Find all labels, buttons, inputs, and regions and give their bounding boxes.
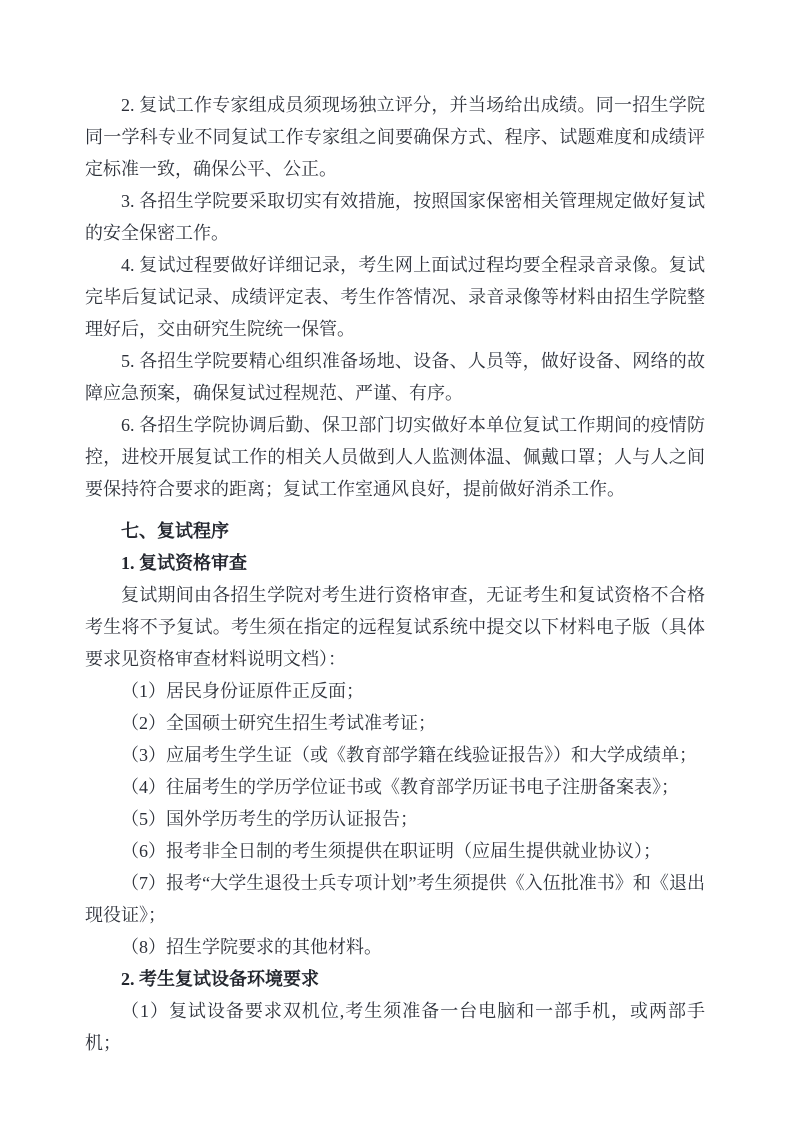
- sub-heading: 2. 考生复试设备环境要求: [85, 963, 705, 995]
- list-item: （4）往届考生的学历学位证书或《教育部学历证书电子注册备案表》；: [85, 771, 705, 803]
- sub-heading: 1. 复试资格审查: [85, 547, 705, 579]
- paragraph: 3. 各招生学院要采取切实有效措施，按照国家保密相关管理规定做好复试的安全保密工…: [85, 185, 705, 249]
- section-heading: 七、复试程序: [85, 515, 705, 547]
- paragraph: 6. 各招生学院协调后勤、保卫部门切实做好本单位复试工作期间的疫情防控，进校开展…: [85, 409, 705, 505]
- list-item: （1）复试设备要求双机位,考生须准备一台电脑和一部手机，或两部手机；: [85, 995, 705, 1059]
- list-item: （1）居民身份证原件正反面；: [85, 675, 705, 707]
- document-page: 2. 复试工作专家组成员须现场独立评分，并当场给出成绩。同一招生学院同一学科专业…: [0, 0, 793, 1122]
- list-item: （2）全国硕士研究生招生考试准考证；: [85, 707, 705, 739]
- paragraph: 5. 各招生学院要精心组织准备场地、设备、人员等，做好设备、网络的故障应急预案，…: [85, 345, 705, 409]
- list-item: （6）报考非全日制的考生须提供在职证明（应届生提供就业协议）；: [85, 835, 705, 867]
- list-item: （7）报考“大学生退役士兵专项计划”考生须提供《入伍批准书》和《退出现役证》；: [85, 867, 705, 931]
- list-item: （3）应届考生学生证（或《教育部学籍在线验证报告》）和大学成绩单；: [85, 739, 705, 771]
- paragraph: 4. 复试过程要做好详细记录，考生网上面试过程均要全程录音录像。复试完毕后复试记…: [85, 249, 705, 345]
- paragraph: 2. 复试工作专家组成员须现场独立评分，并当场给出成绩。同一招生学院同一学科专业…: [85, 89, 705, 185]
- list-item: （8）招生学院要求的其他材料。: [85, 931, 705, 963]
- paragraph: 复试期间由各招生学院对考生进行资格审查，无证考生和复试资格不合格考生将不予复试。…: [85, 579, 705, 675]
- list-item: （5）国外学历考生的学历认证报告；: [85, 803, 705, 835]
- document-body: 2. 复试工作专家组成员须现场独立评分，并当场给出成绩。同一招生学院同一学科专业…: [85, 89, 705, 1059]
